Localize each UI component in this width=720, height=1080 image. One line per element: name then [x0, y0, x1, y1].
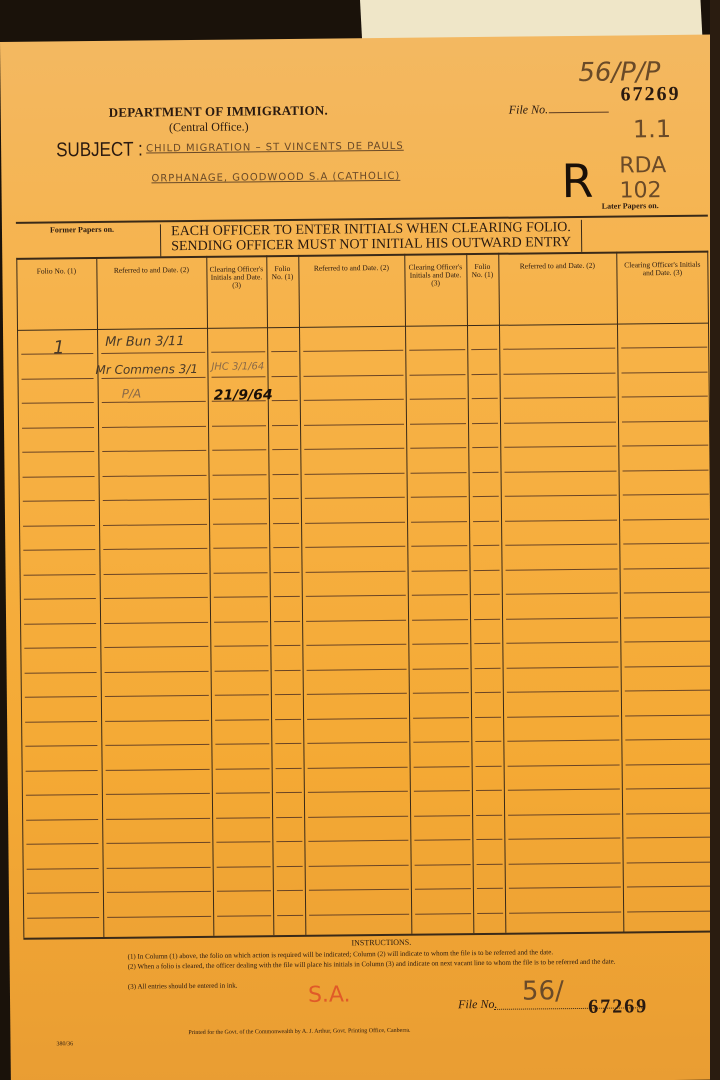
ruled-line: [410, 423, 466, 425]
ruled-line: [509, 911, 621, 913]
ruled-line: [413, 717, 469, 719]
ruled-line: [624, 592, 710, 594]
ruled-line: [506, 593, 618, 595]
file-no-line: [549, 112, 609, 114]
ruled-line: [307, 668, 407, 670]
ruled-line: [413, 668, 469, 670]
instruction-item: (3) All entries should be entered in ink…: [128, 980, 428, 991]
ruled-line: [22, 451, 94, 453]
ruled-line: [104, 646, 208, 648]
ruled-line: [410, 447, 466, 449]
ruled-line: [102, 450, 206, 452]
ruled-line: [473, 496, 499, 497]
ruled-line: [624, 641, 710, 643]
ruled-line: [105, 719, 209, 721]
ruled-line: [305, 497, 405, 499]
ruled-line: [25, 721, 97, 723]
ruled-line: [213, 498, 267, 500]
ruled-line: [103, 548, 207, 550]
ruled-line: [474, 618, 500, 619]
ruled-line: [625, 739, 711, 741]
ruled-line: [272, 375, 298, 376]
ruled-line: [623, 494, 709, 496]
ruled-line: [105, 670, 209, 672]
col-header: Clearing Officer's Initials and Date. (3…: [406, 263, 464, 288]
ruled-line: [22, 427, 94, 429]
ruled-line: [272, 449, 298, 450]
ruled-line: [215, 694, 269, 696]
entry-clearing: JHC 3/1/64: [211, 361, 264, 373]
ruled-line: [509, 862, 621, 864]
ruled-line: [304, 423, 404, 425]
ruled-line: [411, 496, 467, 498]
ruled-line: [412, 594, 468, 596]
ruled-line: [411, 521, 467, 523]
ruled-line: [505, 519, 617, 521]
ruled-line: [627, 886, 713, 888]
ruled-line: [308, 791, 408, 793]
ruled-line: [277, 865, 303, 866]
ruled-line: [107, 866, 211, 868]
ruled-line: [275, 694, 301, 695]
sa-stamp: S.A.: [308, 982, 351, 1007]
ruled-line: [507, 715, 619, 717]
ruled-line: [509, 887, 621, 889]
ruled-line: [411, 545, 467, 547]
part-mark: 1.1: [633, 115, 671, 143]
ruled-line: [27, 917, 99, 919]
ruled-line: [505, 470, 617, 472]
ruled-line: [414, 815, 470, 817]
r-mark: R: [561, 154, 594, 208]
ruled-line: [627, 910, 713, 912]
subject-line-2: ORPHANAGE, GOODWOOD S.A (CATHOLIC): [151, 171, 400, 185]
ruled-line: [275, 718, 301, 719]
col-header: Referred to and Date. (2): [300, 264, 402, 273]
ruled-line: [105, 695, 209, 697]
ruled-line: [24, 598, 96, 600]
ruled-line: [23, 525, 95, 527]
ruled-line: [274, 645, 300, 646]
ruled-line: [505, 544, 617, 546]
ruled-line: [309, 913, 409, 915]
entry-folio: 1: [53, 337, 65, 358]
ruled-line: [307, 693, 407, 695]
ruled-line: [216, 792, 270, 794]
ruled-line: [308, 840, 408, 842]
ruled-line: [105, 744, 209, 746]
ruled-line: [415, 864, 471, 866]
ruled-line: [626, 763, 712, 765]
ruled-line: [308, 766, 408, 768]
ruled-line: [622, 396, 708, 398]
ruled-line: [215, 719, 269, 721]
ruled-line: [471, 349, 497, 350]
ruled-line: [627, 861, 713, 863]
ruled-line: [508, 764, 620, 766]
ruled-line: [476, 839, 502, 840]
ruled-line: [504, 446, 616, 448]
ruled-line: [306, 570, 406, 572]
ruled-line: [25, 672, 97, 674]
ruled-line: [309, 864, 409, 866]
ruled-line: [414, 790, 470, 792]
ruled-line: [624, 567, 710, 569]
ruled-line: [623, 518, 709, 520]
entry-referred: Mr Bun 3/11: [105, 334, 185, 350]
banner-line-2: SENDING OFFICER MUST NOT INITIAL HIS OUT…: [161, 235, 581, 254]
ruled-line: [102, 425, 206, 427]
ruled-line: [212, 449, 266, 451]
header-rule: [17, 323, 709, 331]
department-title: DEPARTMENT OF IMMIGRATION.: [109, 103, 328, 121]
ruled-line: [624, 616, 710, 618]
ruled-line: [415, 913, 471, 915]
ruled-line: [508, 838, 620, 840]
ruled-line: [214, 596, 268, 598]
ruled-line: [215, 743, 269, 745]
ruled-line: [621, 347, 707, 349]
ruled-line: [474, 569, 500, 570]
ruled-line: [626, 788, 712, 790]
ruled-line: [506, 568, 618, 570]
ruled-line: [272, 400, 298, 401]
ruled-line: [23, 549, 95, 551]
ruled-line: [471, 373, 497, 374]
ruled-line: [212, 376, 266, 378]
ruled-line: [214, 621, 268, 623]
ruled-line: [413, 741, 469, 743]
ruled-line: [626, 837, 712, 839]
ruled-line: [475, 692, 501, 693]
ruled-line: [217, 890, 271, 892]
ruled-line: [625, 665, 711, 667]
entry-referred: P/A: [122, 387, 142, 401]
ruled-line: [101, 352, 205, 354]
office-subtitle: (Central Office.): [169, 119, 249, 135]
printer-imprint: Printed for the Govt. of the Commonwealt…: [188, 1028, 410, 1036]
background-edge: [710, 0, 720, 1080]
ruled-line: [477, 912, 503, 913]
ruled-line: [472, 422, 498, 423]
col-header: Clearing Officer's Initials and Date. (3…: [208, 265, 264, 290]
ruled-line: [506, 617, 618, 619]
ruled-line: [477, 888, 503, 889]
ruled-line: [474, 594, 500, 595]
ruled-line: [104, 572, 208, 574]
banner-instruction: EACH OFFICER TO ENTER INITIALS WHEN CLEA…: [160, 220, 582, 256]
ruled-line: [623, 469, 709, 471]
ruled-line: [475, 741, 501, 742]
ruled-line: [216, 817, 270, 819]
ruled-line: [476, 790, 502, 791]
ruled-line: [504, 397, 616, 399]
ruled-line: [472, 447, 498, 448]
ruled-line: [212, 425, 266, 427]
col-header: Folio No. (1): [18, 267, 94, 276]
ruled-line: [472, 398, 498, 399]
col-header: Clearing Officer's Initials and Date. (3…: [618, 261, 706, 278]
instructions-title: INSTRUCTIONS.: [351, 938, 411, 948]
ruled-line: [276, 816, 302, 817]
ruled-line: [102, 401, 206, 403]
ruled-line: [24, 623, 96, 625]
ruled-line: [217, 866, 271, 868]
ruled-line: [475, 667, 501, 668]
ruled-line: [103, 499, 207, 501]
ruled-line: [22, 378, 94, 380]
ruled-line: [507, 666, 619, 668]
ruled-line: [303, 350, 403, 352]
ruled-line: [274, 596, 300, 597]
ruled-line: [25, 696, 97, 698]
form-number: 380/36: [56, 1041, 73, 1047]
ruled-line: [477, 863, 503, 864]
ruled-line: [104, 597, 208, 599]
ruled-line: [276, 792, 302, 793]
ruled-line: [412, 570, 468, 572]
ruled-line: [213, 474, 267, 476]
ruled-line: [306, 619, 406, 621]
entry-clearing: 21/9/64: [214, 387, 273, 404]
file-no-label: File No.: [509, 102, 548, 117]
ruled-line: [26, 843, 98, 845]
ruled-line: [411, 472, 467, 474]
ruled-line: [214, 572, 268, 574]
ruled-line: [626, 812, 712, 814]
ruled-line: [412, 643, 468, 645]
ruled-line: [23, 500, 95, 502]
ruled-line: [305, 472, 405, 474]
former-papers-label: Former Papers on.: [50, 225, 114, 235]
ruled-line: [503, 372, 615, 374]
ruled-line: [473, 520, 499, 521]
ruled-line: [272, 424, 298, 425]
footer-file-no-handwritten: 56/: [522, 976, 564, 1006]
ruled-line: [26, 819, 98, 821]
routing-table: Folio No. (1) Referred to and Date. (2) …: [16, 251, 715, 938]
ruled-line: [506, 642, 618, 644]
ruled-line: [27, 868, 99, 870]
ruled-line: [307, 742, 407, 744]
ruled-line: [273, 522, 299, 523]
ruled-line: [473, 471, 499, 472]
ruled-line: [305, 521, 405, 523]
ruled-line: [273, 498, 299, 499]
col-header: Folio No. (1): [268, 265, 296, 281]
ruled-line: [304, 448, 404, 450]
file-cover: DEPARTMENT OF IMMIGRATION. (Central Offi…: [0, 35, 720, 1080]
ruled-line: [107, 915, 211, 917]
ruled-line: [217, 915, 271, 917]
ruled-line: [475, 716, 501, 717]
subject-line-1: CHILD MIGRATION – ST VINCENTS DE PAULS: [146, 141, 404, 155]
ruled-line: [106, 842, 210, 844]
ruled-line: [473, 545, 499, 546]
ruled-line: [26, 794, 98, 796]
ruled-line: [621, 371, 707, 373]
col-header: Referred to and Date. (2): [98, 266, 204, 275]
ruled-line: [271, 351, 297, 352]
ruled-line: [409, 349, 465, 351]
ruled-line: [216, 841, 270, 843]
ruled-line: [24, 574, 96, 576]
ruled-line: [22, 402, 94, 404]
entry-referred: Mr Commens 3/1: [95, 362, 198, 377]
ruled-line: [505, 495, 617, 497]
ruled-line: [277, 890, 303, 891]
ruled-line: [27, 892, 99, 894]
ruled-line: [622, 420, 708, 422]
ruled-line: [410, 374, 466, 376]
ruled-line: [25, 745, 97, 747]
ruled-line: [507, 740, 619, 742]
ruled-line: [304, 399, 404, 401]
footer-file-no-value: 67269: [588, 995, 648, 1019]
ruled-line: [211, 351, 265, 353]
ruled-line: [277, 914, 303, 915]
ruled-line: [274, 571, 300, 572]
ruled-line: [415, 888, 471, 890]
ruled-line: [476, 814, 502, 815]
ruled-line: [106, 793, 210, 795]
ruled-line: [504, 421, 616, 423]
ruled-line: [625, 714, 711, 716]
ruled-line: [104, 621, 208, 623]
ruled-line: [276, 841, 302, 842]
ruled-line: [507, 691, 619, 693]
ruled-line: [623, 543, 709, 545]
col-header: Folio No. (1): [468, 263, 496, 279]
ruled-line: [304, 374, 404, 376]
ruled-line: [622, 445, 708, 447]
ruled-line: [474, 643, 500, 644]
ruled-line: [476, 765, 502, 766]
col-header: Referred to and Date. (2): [500, 262, 614, 271]
ruled-line: [414, 839, 470, 841]
ruled-line: [414, 766, 470, 768]
ruled-line: [215, 670, 269, 672]
ruled-line: [107, 891, 211, 893]
file-no-value: 67269: [620, 83, 680, 107]
ruled-line: [213, 523, 267, 525]
ruled-line: [503, 348, 615, 350]
rda-mark: RDA 102: [619, 153, 714, 204]
subject-label: SUBJECT :: [56, 139, 143, 163]
ruled-line: [306, 644, 406, 646]
ruled-line: [306, 595, 406, 597]
later-papers-label: Later Papers on.: [602, 201, 659, 211]
ruled-line: [275, 669, 301, 670]
ruled-line: [216, 768, 270, 770]
ruled-line: [273, 547, 299, 548]
ruled-line: [305, 546, 405, 548]
ruled-line: [23, 476, 95, 478]
ruled-line: [275, 743, 301, 744]
ruled-line: [508, 813, 620, 815]
ruled-line: [308, 815, 408, 817]
ruled-line: [106, 817, 210, 819]
ruled-line: [508, 789, 620, 791]
ruled-line: [214, 645, 268, 647]
ruled-line: [410, 398, 466, 400]
ruled-line: [625, 690, 711, 692]
ruled-line: [274, 620, 300, 621]
ruled-line: [273, 473, 299, 474]
ruled-line: [26, 770, 98, 772]
ruled-line: [103, 523, 207, 525]
ruled-line: [106, 768, 210, 770]
ruled-line: [307, 717, 407, 719]
ruled-line: [412, 619, 468, 621]
ruled-line: [103, 474, 207, 476]
ruled-line: [276, 767, 302, 768]
ruled-line: [413, 692, 469, 694]
ruled-line: [24, 647, 96, 649]
footer-file-no-label: File No.: [458, 997, 497, 1012]
ruled-line: [309, 889, 409, 891]
ruled-line: [213, 547, 267, 549]
